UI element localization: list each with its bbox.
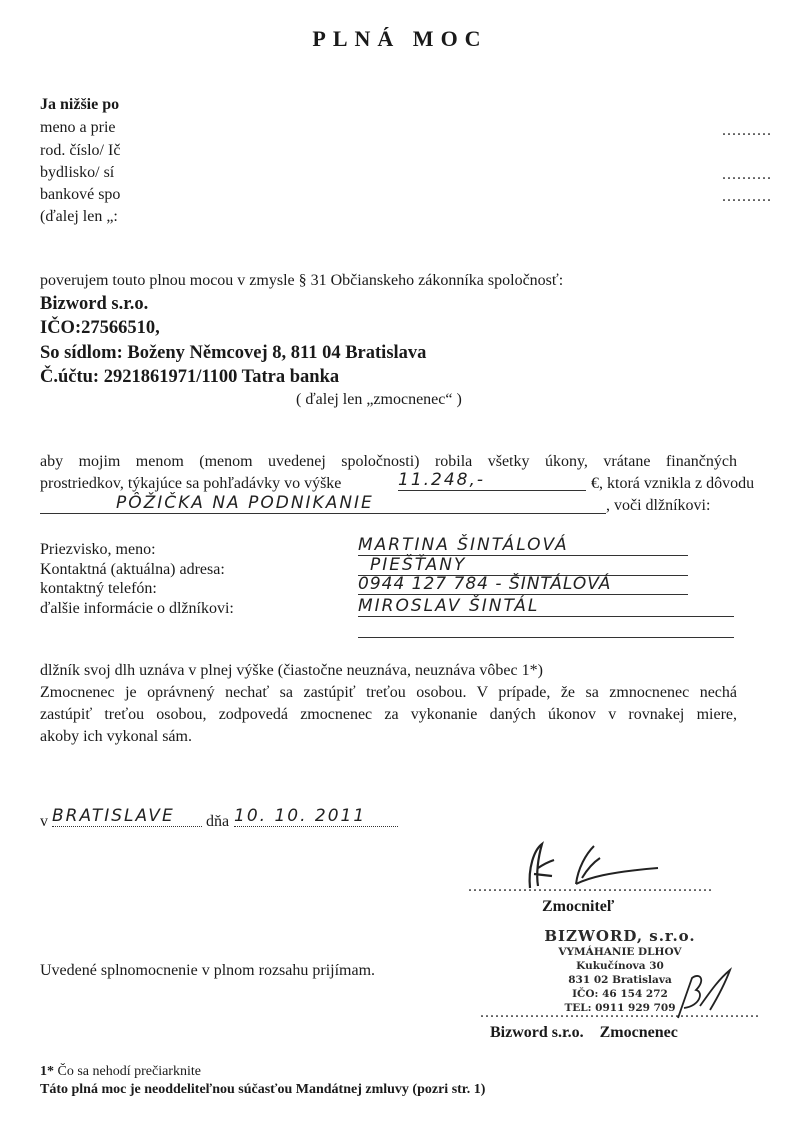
footnote-marker: 1* bbox=[40, 1064, 54, 1079]
reason-field[interactable]: PÔŽIČKA NA PODNIKANIE bbox=[40, 493, 606, 514]
grantor-line: bankové spo bbox=[40, 186, 120, 204]
debtor-address-field[interactable]: PIEŠŤANY bbox=[358, 555, 688, 576]
dotted-fill: .......... bbox=[722, 188, 772, 206]
stamp-sub: VYMÁHANIE DLHOV bbox=[520, 945, 720, 959]
company-name: Bizword s.r.o. bbox=[40, 294, 148, 315]
debtor-info-field[interactable]: MIROSLAV ŠINTÁL bbox=[358, 596, 734, 617]
debtor-label-name: Priezvisko, meno: bbox=[40, 541, 156, 559]
dotted-fill: .......... bbox=[722, 166, 772, 184]
debtor-extra-line[interactable] bbox=[358, 637, 734, 638]
company-alias: ( ďalej len „zmocnenec“ ) bbox=[296, 391, 462, 409]
acceptance-text: Uvedené splnomocnenie v plnom rozsahu pr… bbox=[40, 962, 375, 980]
grantor-line: meno a prie bbox=[40, 119, 116, 137]
company-account: Č.účtu: 2921861971/1100 Tatra banka bbox=[40, 367, 339, 388]
terms-line-2: Zmocnenec je oprávnený nechať sa zastúpi… bbox=[40, 684, 737, 702]
scope-line-2-suffix: €, ktorá vznikla z dôvodu bbox=[591, 475, 754, 493]
grantor-line: bydlisko/ sí bbox=[40, 164, 114, 182]
date-field[interactable]: 10. 10. 2011 bbox=[234, 806, 398, 827]
debtor-phone-field[interactable]: 0944 127 784 - ŠINTÁLOVÁ bbox=[358, 574, 688, 595]
grantor-signature-line[interactable]: ........................................… bbox=[468, 878, 713, 896]
document-title: PLNÁ MOC bbox=[0, 26, 800, 52]
grantor-line: rod. číslo/ Ič bbox=[40, 142, 120, 160]
debtor-label-address: Kontaktná (aktuálna) adresa: bbox=[40, 561, 225, 579]
place-prefix: v bbox=[40, 813, 48, 831]
grantor-heading: Ja nižšie po bbox=[40, 96, 119, 114]
footnote: 1* Čo sa nehodí prečiarknite bbox=[40, 1064, 201, 1080]
debtor-label-phone: kontaktný telefón: bbox=[40, 580, 157, 598]
terms-line-4: akoby ich vykonal sám. bbox=[40, 728, 192, 746]
grantor-line: (ďalej len „: bbox=[40, 208, 118, 226]
company-address: So sídlom: Boženy Němcovej 8, 811 04 Bra… bbox=[40, 343, 426, 364]
stamp-name: BIZWORD, s.r.o. bbox=[520, 928, 720, 945]
grantor-signature-label: Zmocniteľ bbox=[542, 898, 614, 916]
scope-line-3-suffix: , voči dlžníkovi: bbox=[606, 497, 710, 515]
dotted-fill: .......... bbox=[722, 122, 772, 140]
date-label: dňa bbox=[206, 813, 229, 831]
debtor-name-field[interactable]: MARTINA ŠINTÁLOVÁ bbox=[358, 535, 688, 556]
debtor-label-info: ďalšie informácie o dlžníkovi: bbox=[40, 600, 234, 618]
company-ico: IČO:27566510, bbox=[40, 318, 160, 339]
scope-line-2-prefix: prostriedkov, týkajúce sa pohľadávky vo … bbox=[40, 475, 341, 493]
footnote-bold-line: Táto plná moc je neoddeliteľnou súčasťou… bbox=[40, 1082, 485, 1098]
terms-line-3: zastúpiť treťou osobou, zodpovedá zmocne… bbox=[40, 706, 737, 724]
terms-line-1: dlžník svoj dlh uznáva v plnej výške (či… bbox=[40, 662, 543, 680]
place-field[interactable]: BRATISLAVE bbox=[52, 806, 202, 827]
footnote-note: Čo sa nehodí prečiarknite bbox=[54, 1064, 201, 1079]
agent-signature-line[interactable]: ........................................… bbox=[480, 1004, 760, 1022]
agent-signature-label: Bizword s.r.o. Zmocnenec bbox=[490, 1024, 678, 1042]
authorize-text: poverujem touto plnou mocou v zmysle § 3… bbox=[40, 272, 563, 290]
amount-field[interactable]: 11.248,- bbox=[398, 470, 586, 491]
scope-line-1: aby mojim menom (menom uvedenej spoločno… bbox=[40, 453, 737, 471]
